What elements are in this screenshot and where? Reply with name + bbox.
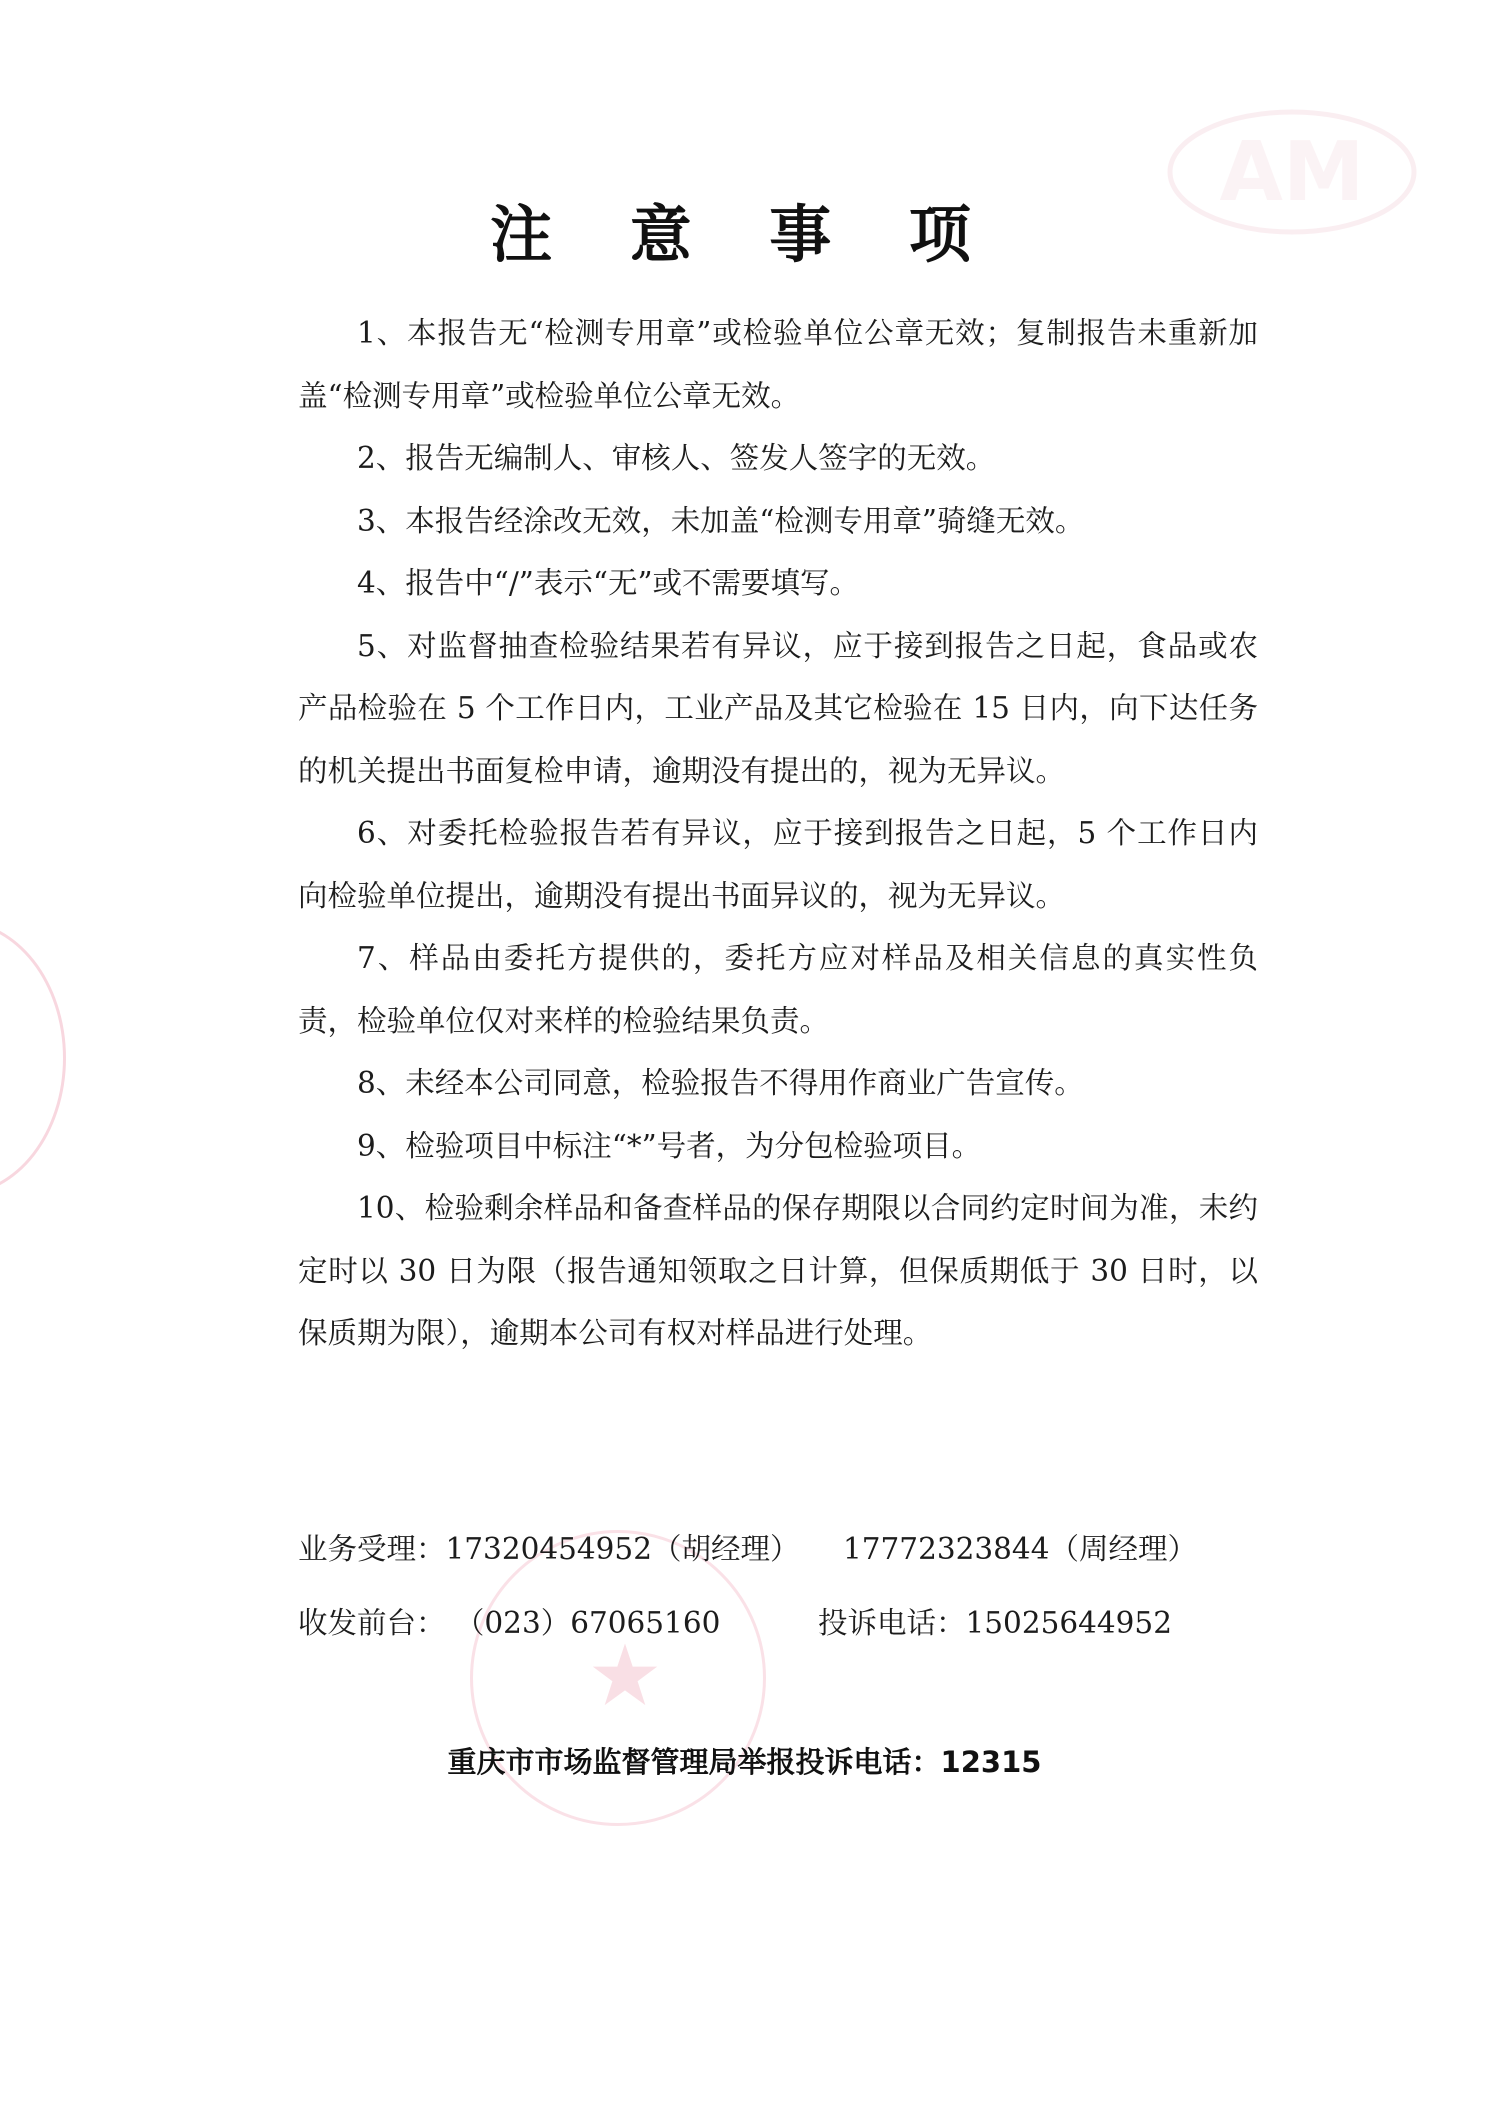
red-seal-stamp-left: [0, 920, 66, 1196]
note-item: 9、检验项目中标注“*”号者，为分包检验项目。: [298, 1115, 1258, 1178]
business-label: 业务受理：: [298, 1532, 446, 1566]
note-item: 3、本报告经涂改无效，未加盖“检测专用章”骑缝无效。: [298, 490, 1258, 553]
notes-list: 1、本报告无“检测专用章”或检验单位公章无效；复制报告未重新加盖“检测专用章”或…: [298, 302, 1258, 1365]
business-phone-secondary: 17772323844（周经理）: [843, 1526, 1197, 1568]
page-title: 注 意 事 项: [0, 195, 1489, 275]
note-item: 8、未经本公司同意，检验报告不得用作商业广告宣传。: [298, 1052, 1258, 1115]
complaint-phone: 15025644952: [966, 1606, 1172, 1640]
business-contact-row: 业务受理：17320454952（胡经理） 17772323844（周经理）: [298, 1510, 1258, 1584]
note-item: 7、样品由委托方提供的，委托方应对样品及相关信息的真实性负责，检验单位仅对来样的…: [298, 927, 1258, 1052]
complaint-label: 投诉电话：: [818, 1606, 966, 1640]
reception-phone: （023）67065160: [455, 1606, 720, 1640]
regulator-hotline: 重庆市市场监督管理局举报投诉电话：12315: [0, 1740, 1489, 1781]
note-item: 10、检验剩余样品和备查样品的保存期限以合同约定时间为准，未约定时以 30 日为…: [298, 1177, 1258, 1365]
reception-contact: 收发前台： （023）67065160: [298, 1600, 818, 1642]
note-item: 1、本报告无“检测专用章”或检验单位公章无效；复制报告未重新加盖“检测专用章”或…: [298, 302, 1258, 427]
note-item: 4、报告中“/”表示“无”或不需要填写。: [298, 552, 1258, 615]
note-item: 6、对委托检验报告若有异议，应于接到报告之日起，5 个工作日内向检验单位提出，逾…: [298, 802, 1258, 927]
note-item: 5、对监督抽查检验结果若有异议，应于接到报告之日起，食品或农产品检验在 5 个工…: [298, 615, 1258, 803]
business-contact: 业务受理：17320454952（胡经理）: [298, 1526, 843, 1568]
complaint-contact: 投诉电话：15025644952: [818, 1600, 1172, 1642]
business-phone-primary: 17320454952（胡经理）: [446, 1532, 800, 1566]
reception-label: 收发前台：: [298, 1606, 446, 1640]
reception-complaint-row: 收发前台： （023）67065160 投诉电话：15025644952: [298, 1584, 1258, 1658]
note-item: 2、报告无编制人、审核人、签发人签字的无效。: [298, 427, 1258, 490]
document-page: AM 注 意 事 项 1、本报告无“检测专用章”或检验单位公章无效；复制报告未重…: [0, 0, 1489, 2106]
contact-info: 业务受理：17320454952（胡经理） 17772323844（周经理） 收…: [298, 1510, 1258, 1658]
